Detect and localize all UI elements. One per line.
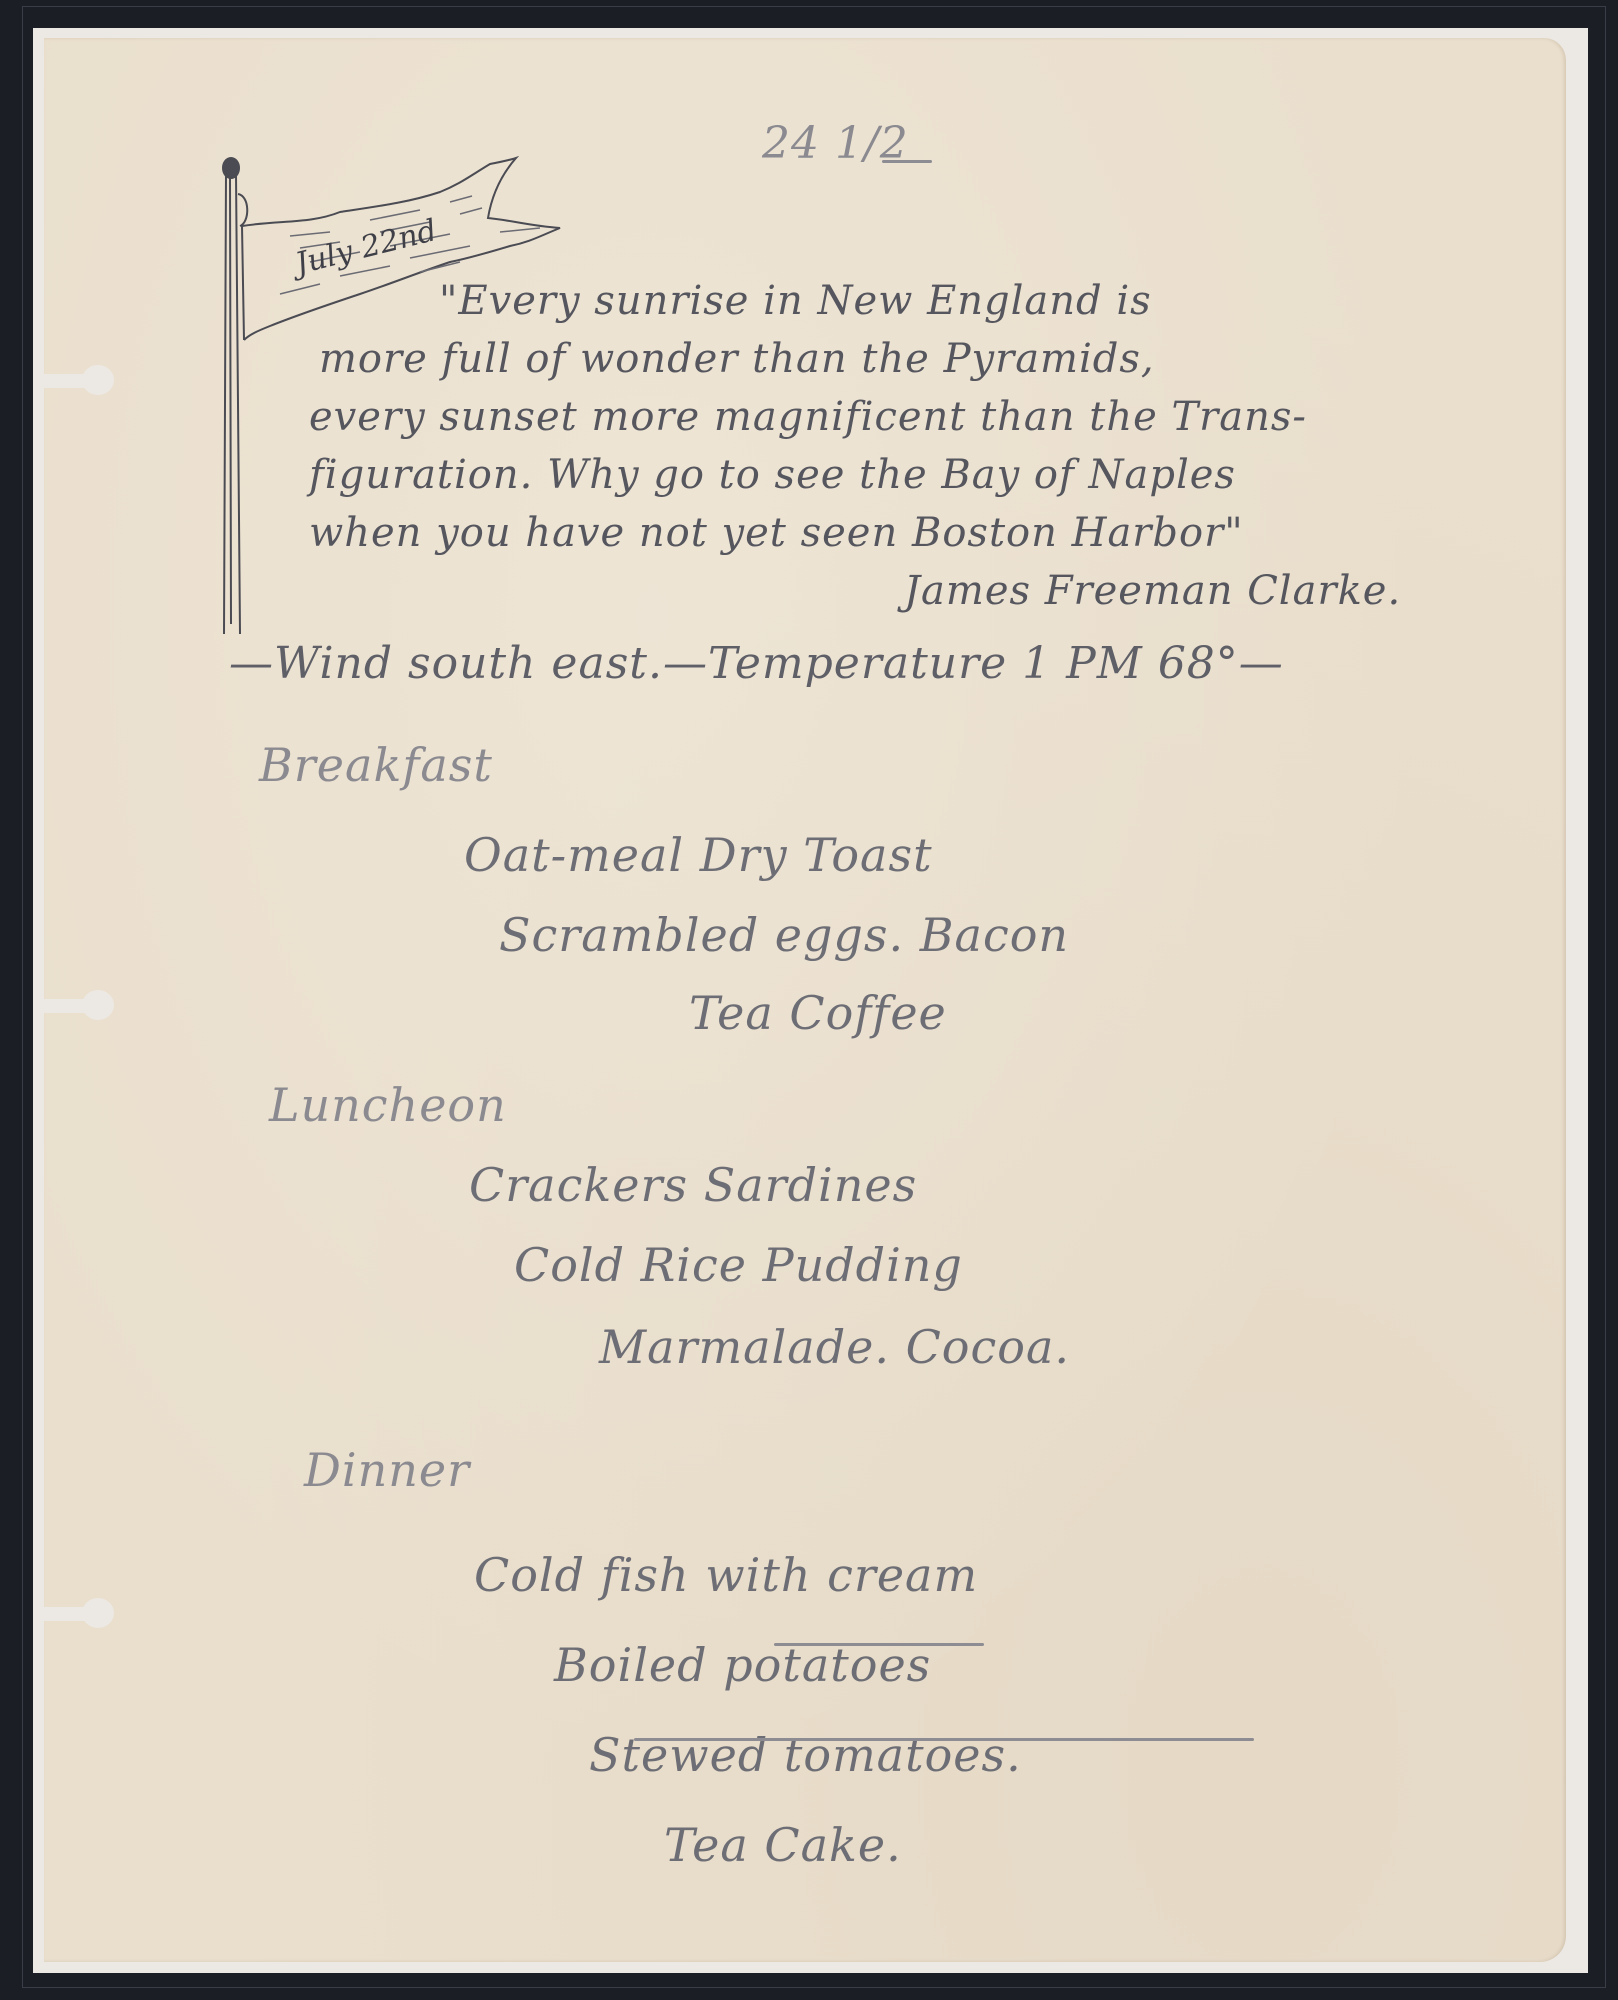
quote-attribution: James Freeman Clarke. [904, 568, 1401, 614]
meal-heading-dinner: Dinner [304, 1443, 470, 1497]
quote-line-4: figuration. Why go to see the Bay of Nap… [309, 452, 1236, 498]
diary-page: 24 1/2 July 22nd "Every sunrise in New E… [44, 38, 1566, 1962]
luncheon-item-1: Crackers Sardines [469, 1158, 917, 1212]
dinner-item-1: Cold fish with cream [474, 1548, 978, 1602]
dinner-item-3: Stewed tomatoes. [589, 1728, 1022, 1782]
meal-heading-breakfast: Breakfast [259, 738, 493, 792]
quote-line-1: "Every sunrise in New England is [439, 278, 1152, 324]
breakfast-item-1: Oat-meal Dry Toast [464, 828, 933, 882]
weather-line: —Wind south east.—Temperature 1 PM 68°— [229, 638, 1284, 689]
binder-hole-top [44, 365, 114, 395]
binder-hole-middle [44, 990, 114, 1020]
luncheon-item-3: Marmalade. Cocoa. [599, 1320, 1070, 1374]
meal-heading-luncheon: Luncheon [269, 1078, 507, 1132]
dinner-item-4: Tea Cake. [664, 1818, 902, 1872]
quote-line-2: more full of wonder than the Pyramids, [319, 336, 1155, 382]
page-number-underline [882, 160, 932, 163]
quote-line-3: every sunset more magnificent than the T… [309, 394, 1307, 440]
dinner-item-2: Boiled potatoes [554, 1638, 931, 1692]
binder-hole-bottom [44, 1598, 114, 1628]
luncheon-item-2: Cold Rice Pudding [514, 1238, 963, 1292]
quote-line-5: when you have not yet seen Boston Harbor… [309, 510, 1244, 556]
dinner-item-2-overline [774, 1643, 984, 1646]
breakfast-item-3: Tea Coffee [689, 986, 947, 1040]
dinner-item-3-overline [634, 1738, 1254, 1741]
breakfast-item-2: Scrambled eggs. Bacon [499, 908, 1069, 962]
